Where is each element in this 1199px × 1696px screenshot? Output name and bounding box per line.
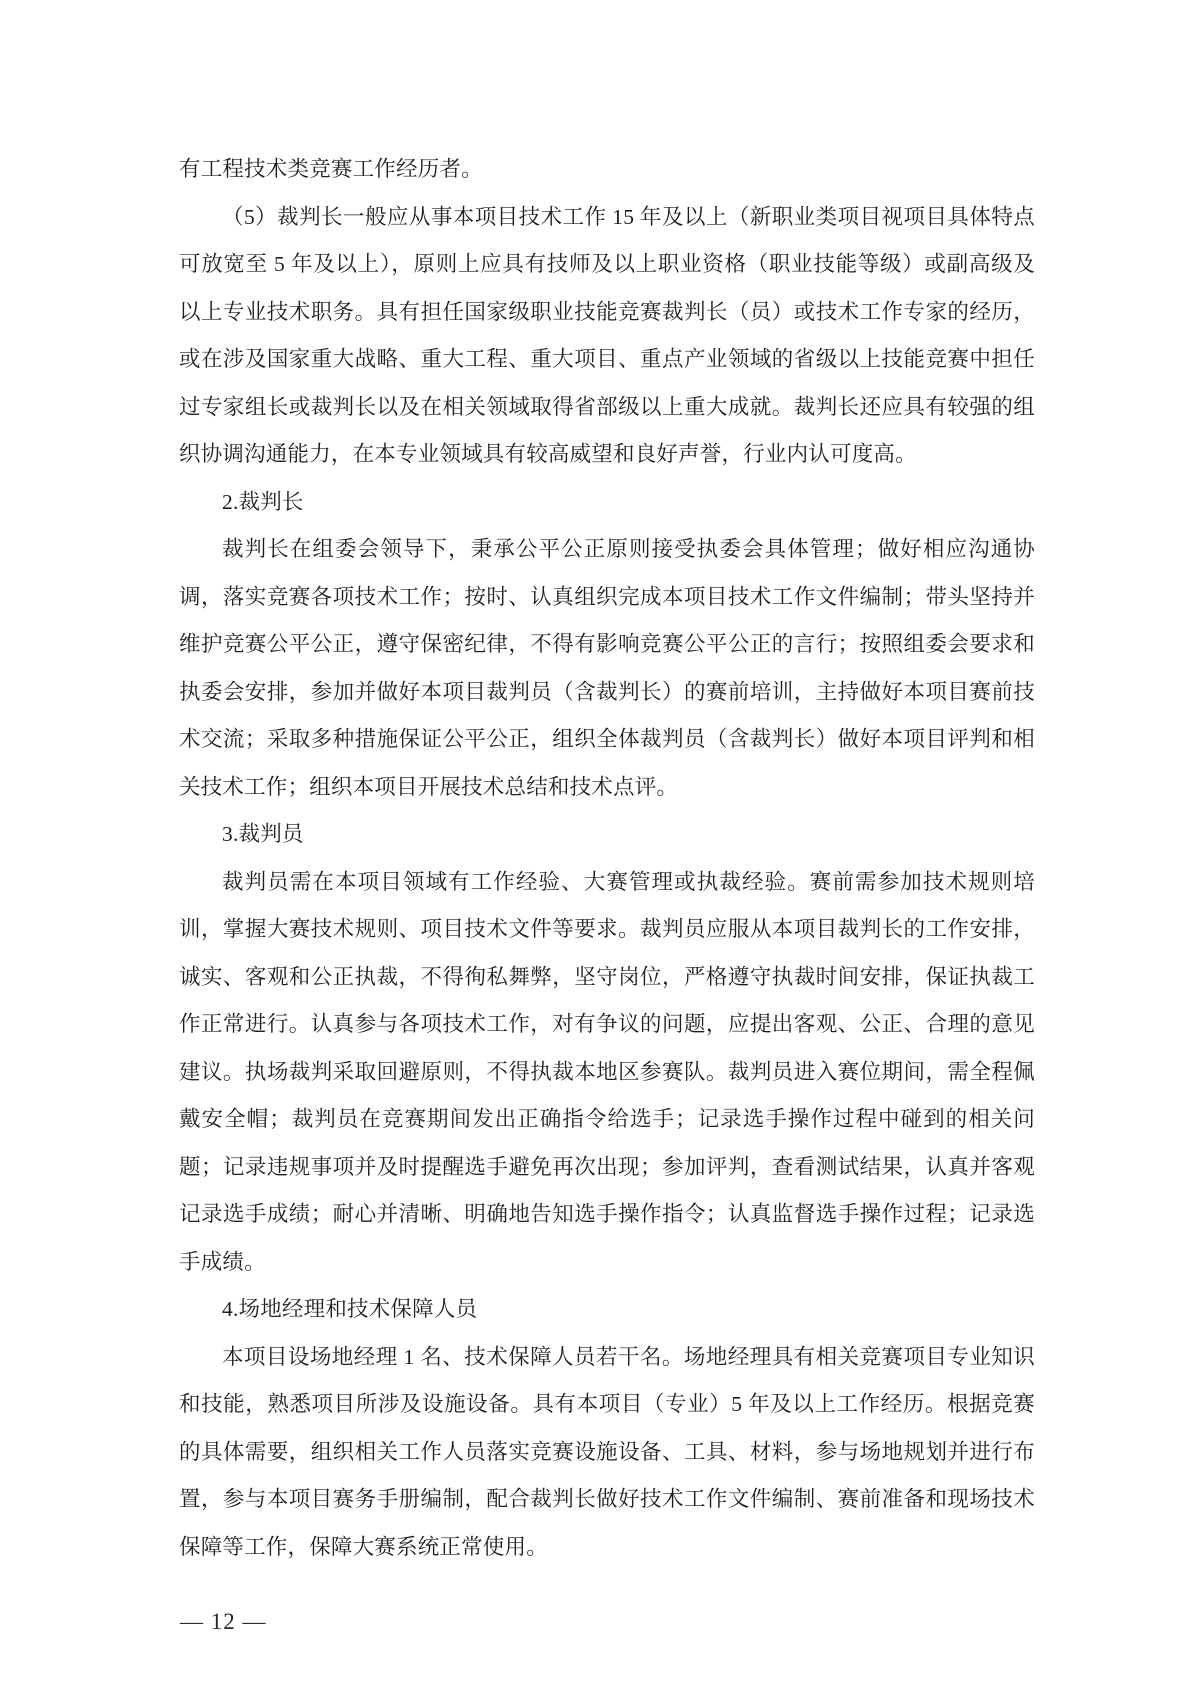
paragraph-judges-duties: 裁判员需在本项目领域有工作经验、大赛管理或执裁经验。赛前需参加技术规则培训，掌握…	[179, 859, 1035, 1287]
paragraph-chief-judge-duties: 裁判长在组委会领导下，秉承公平公正原则接受执委会具体管理；做好相应沟通协调，落实…	[179, 526, 1035, 811]
paragraph-judge-head-requirements: （5）裁判长一般应从事本项目技术工作 15 年及以上（新职业类项目视项目具体特点…	[179, 194, 1035, 479]
paragraph-venue-manager-duties: 本项目设场地经理 1 名、技术保障人员若干名。场地经理具有相关竞赛项目专业知识和…	[179, 1334, 1035, 1572]
page-number: — 12 —	[180, 1598, 267, 1646]
document-page: 有工程技术类竞赛工作经历者。 （5）裁判长一般应从事本项目技术工作 15 年及以…	[0, 0, 1199, 1696]
section-heading-venue-manager: 4.场地经理和技术保障人员	[179, 1286, 1035, 1334]
document-body: 有工程技术类竞赛工作经历者。 （5）裁判长一般应从事本项目技术工作 15 年及以…	[179, 146, 1035, 1571]
paragraph-continuation: 有工程技术类竞赛工作经历者。	[179, 146, 1035, 194]
section-heading-chief-judge: 2.裁判长	[179, 479, 1035, 527]
section-heading-judges: 3.裁判员	[179, 811, 1035, 859]
